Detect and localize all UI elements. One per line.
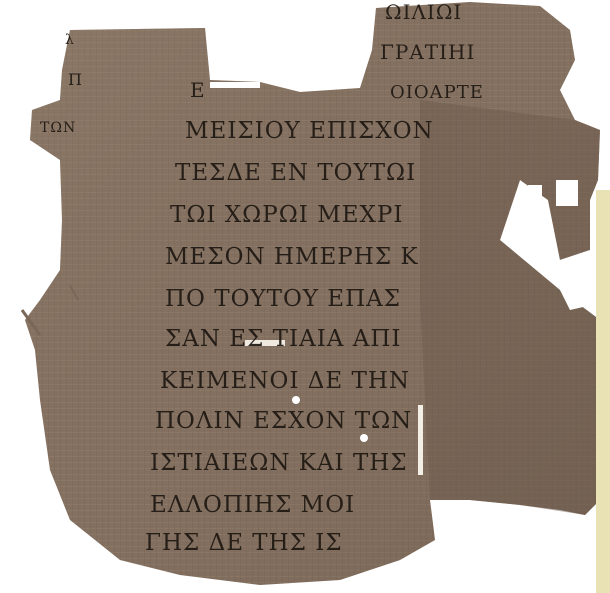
papyrus-photograph: λ Π ΤΩΝ ΩΙΛΙΩΙ ΓΡΑΤΙΗΙ ΟΙΟΑΡΤΕ Ε ΜΕΙΣΙΟΥ… [0,0,610,593]
text-line: ΩΙΛΙΩΙ [385,0,462,24]
margin-letter: Π [68,70,83,89]
text-line: ΙΣΤΙΑΙΕΩΝ ΚΑΙ ΤΗΣ [150,450,408,476]
text-line: Ε [190,78,206,102]
text-line: ΠΟΛΙΝ ΕΣΧΟΝ ΤΩΝ [155,408,412,434]
text-line: ΕΛΛΟΠΙΗΣ ΜΟΙ [150,492,355,518]
text-line: ΣΑΝ ΕΣ ΤΙΑΙΑ ΑΠΙ [165,326,401,352]
text-line: ΓΡΑΤΙΗΙ [380,40,475,64]
hole [556,180,578,206]
text-line: ΤΕΣΔΕ ΕΝ ΤΟΥΤΩΙ [175,160,416,186]
margin-letter: λ [65,32,75,48]
text-line: ΟΙΟΑΡΤΕ [390,82,484,103]
text-line: ΜΕΙΣΙΟΥ ΕΠΙΣΧΟΝ [185,118,434,144]
margin-letter: ΤΩΝ [40,120,76,136]
hole [528,185,542,197]
text-line: ΓΗΣ ΔΕ ΤΗΣ ΙΣ [145,530,343,556]
text-line: ΠΟ ΤΟΥΤΟΥ ΕΠΑΣ [165,286,401,312]
text-line: ΤΩΙ ΧΩΡΩΙ ΜΕΧΡΙ [170,202,403,228]
text-line: ΜΕΣΟΝ ΗΜΕΡΗΣ Κ [165,244,419,270]
text-line: ΚΕΙΜΕΝΟΙ ΔΕ ΤΗΝ [160,368,410,394]
mount-edge [596,190,610,593]
